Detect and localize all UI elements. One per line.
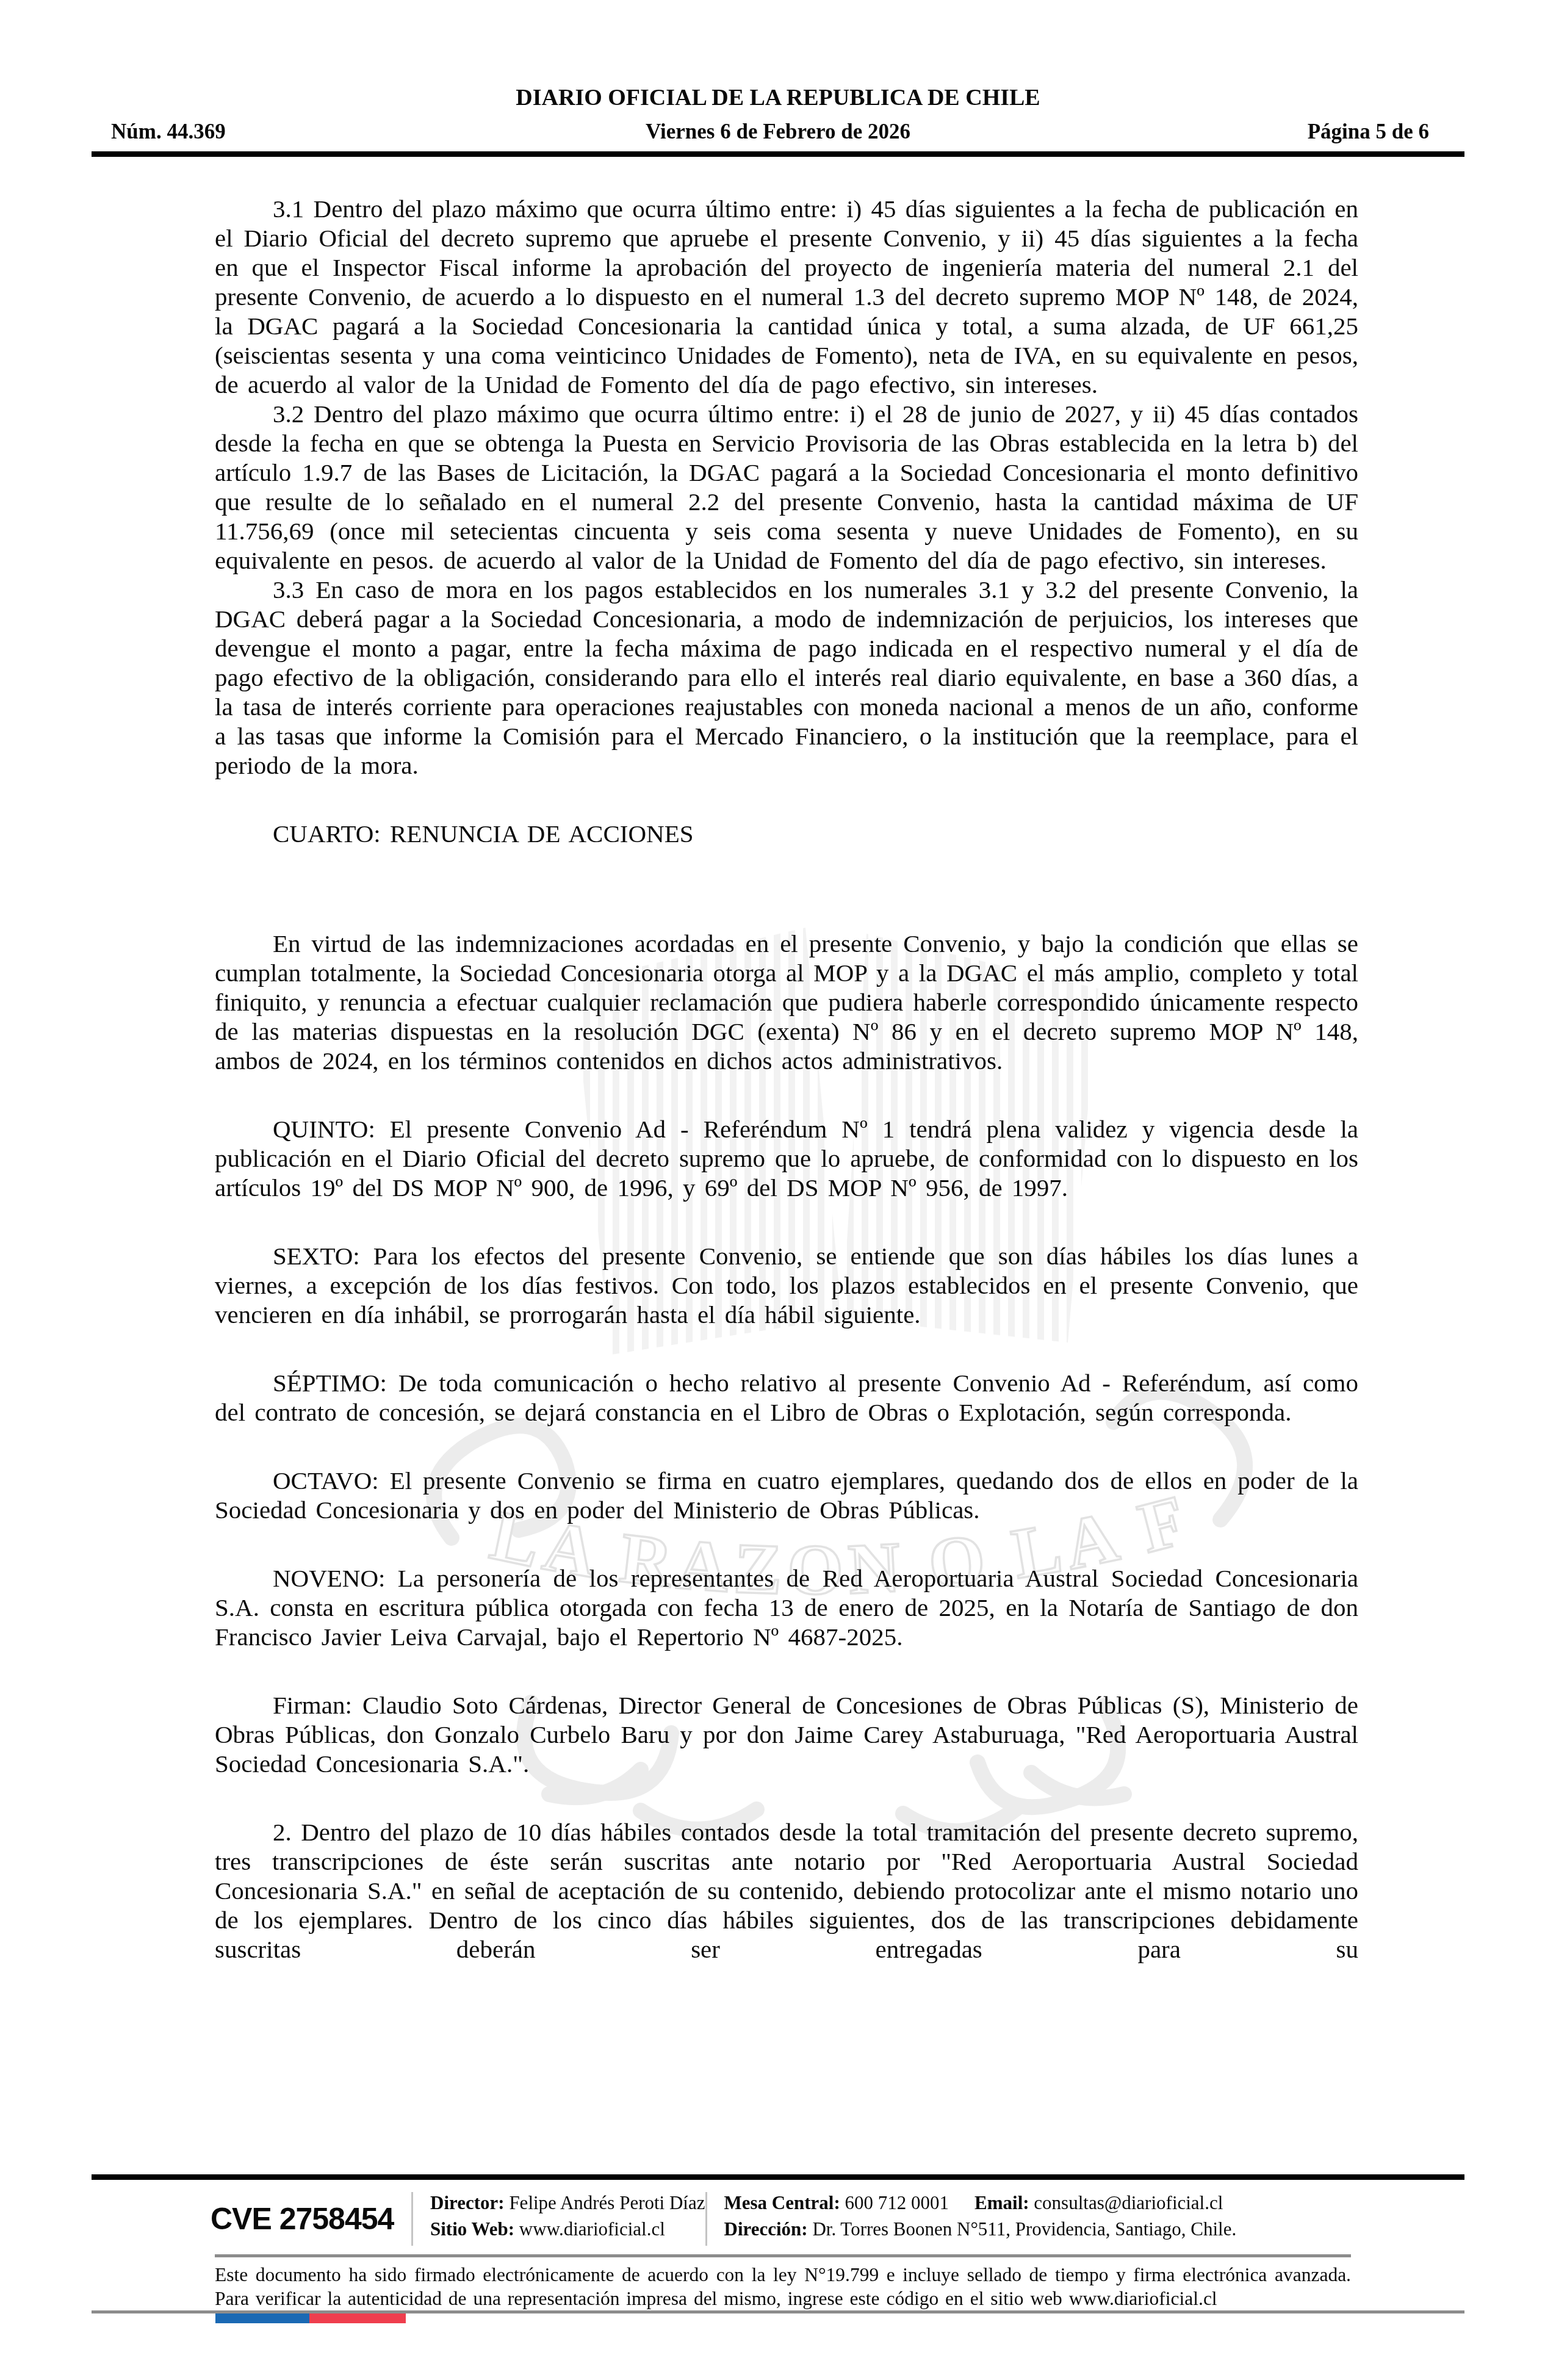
mesa-central-value: 600 712 0001 bbox=[845, 2192, 949, 2213]
legal-notice: Este documento ha sido firmado electróni… bbox=[215, 2263, 1351, 2310]
paragraph: 3.3 En caso de mora en los pagos estable… bbox=[215, 575, 1358, 780]
footer-rule-top bbox=[92, 2174, 1464, 2180]
paragraph: QUINTO: El presente Convenio Ad - Referé… bbox=[215, 1114, 1358, 1202]
gazette-title: DIARIO OFICIAL DE LA REPUBLICA DE CHILE bbox=[92, 84, 1464, 111]
chile-flag-mark bbox=[215, 2313, 406, 2323]
paragraph: SÉPTIMO: De toda comunicación o hecho re… bbox=[215, 1368, 1358, 1427]
cve-code: CVE 2758454 bbox=[92, 2190, 411, 2248]
paragraph: NOVENO: La personería de los representan… bbox=[215, 1563, 1358, 1651]
masthead: DIARIO OFICIAL DE LA REPUBLICA DE CHILE … bbox=[92, 84, 1464, 146]
director-value: Felipe Andrés Peroti Díaz bbox=[509, 2192, 705, 2213]
paragraph: 3.2 Dentro del plazo máximo que ocurra ú… bbox=[215, 399, 1358, 575]
footer-director-col: Director: Felipe Andrés Peroti Díaz Siti… bbox=[413, 2190, 705, 2248]
gazette-page: LA RAZON O LA FUERZA DIARIO OFICIAL DE L… bbox=[0, 0, 1556, 2380]
footer-info-bar: CVE 2758454 Director: Felipe Andrés Pero… bbox=[92, 2190, 1464, 2248]
paragraph: En virtud de las indemnizaciones acordad… bbox=[215, 929, 1358, 1075]
footer-rule-mid bbox=[215, 2254, 1351, 2257]
mesa-central-label: Mesa Central: bbox=[724, 2192, 840, 2213]
issue-date: Viernes 6 de Febrero de 2026 bbox=[92, 120, 1464, 144]
sitio-web-value: www.diarioficial.cl bbox=[519, 2218, 665, 2240]
paragraph: 3.1 Dentro del plazo máximo que ocurra ú… bbox=[215, 194, 1358, 399]
director-label: Director: bbox=[430, 2192, 505, 2213]
page-number: Página 5 de 6 bbox=[1308, 120, 1429, 144]
section-heading: CUARTO: RENUNCIA DE ACCIONES bbox=[215, 819, 1358, 848]
paragraph: 2. Dentro del plazo de 10 días hábiles c… bbox=[215, 1817, 1358, 1964]
email-value: consultas@diarioficial.cl bbox=[1034, 2192, 1223, 2213]
paragraph: SEXTO: Para los efectos del presente Con… bbox=[215, 1241, 1358, 1329]
sitio-web-label: Sitio Web: bbox=[430, 2218, 514, 2240]
issue-number: Núm. 44.369 bbox=[111, 120, 226, 144]
direccion-value: Dr. Torres Boonen N°511, Providencia, Sa… bbox=[812, 2218, 1236, 2240]
document-body: 3.1 Dentro del plazo máximo que ocurra ú… bbox=[215, 194, 1358, 1964]
flag-blue-segment bbox=[215, 2313, 309, 2323]
flag-red-segment bbox=[309, 2313, 406, 2323]
paragraph: Firman: Claudio Soto Cárdenas, Director … bbox=[215, 1690, 1358, 1778]
direccion-label: Dirección: bbox=[724, 2218, 808, 2240]
header-rule bbox=[92, 151, 1464, 157]
footer-contact-col: Mesa Central: 600 712 0001Email: consult… bbox=[707, 2190, 1237, 2248]
email-label: Email: bbox=[974, 2192, 1029, 2213]
paragraph: OCTAVO: El presente Convenio se firma en… bbox=[215, 1466, 1358, 1524]
